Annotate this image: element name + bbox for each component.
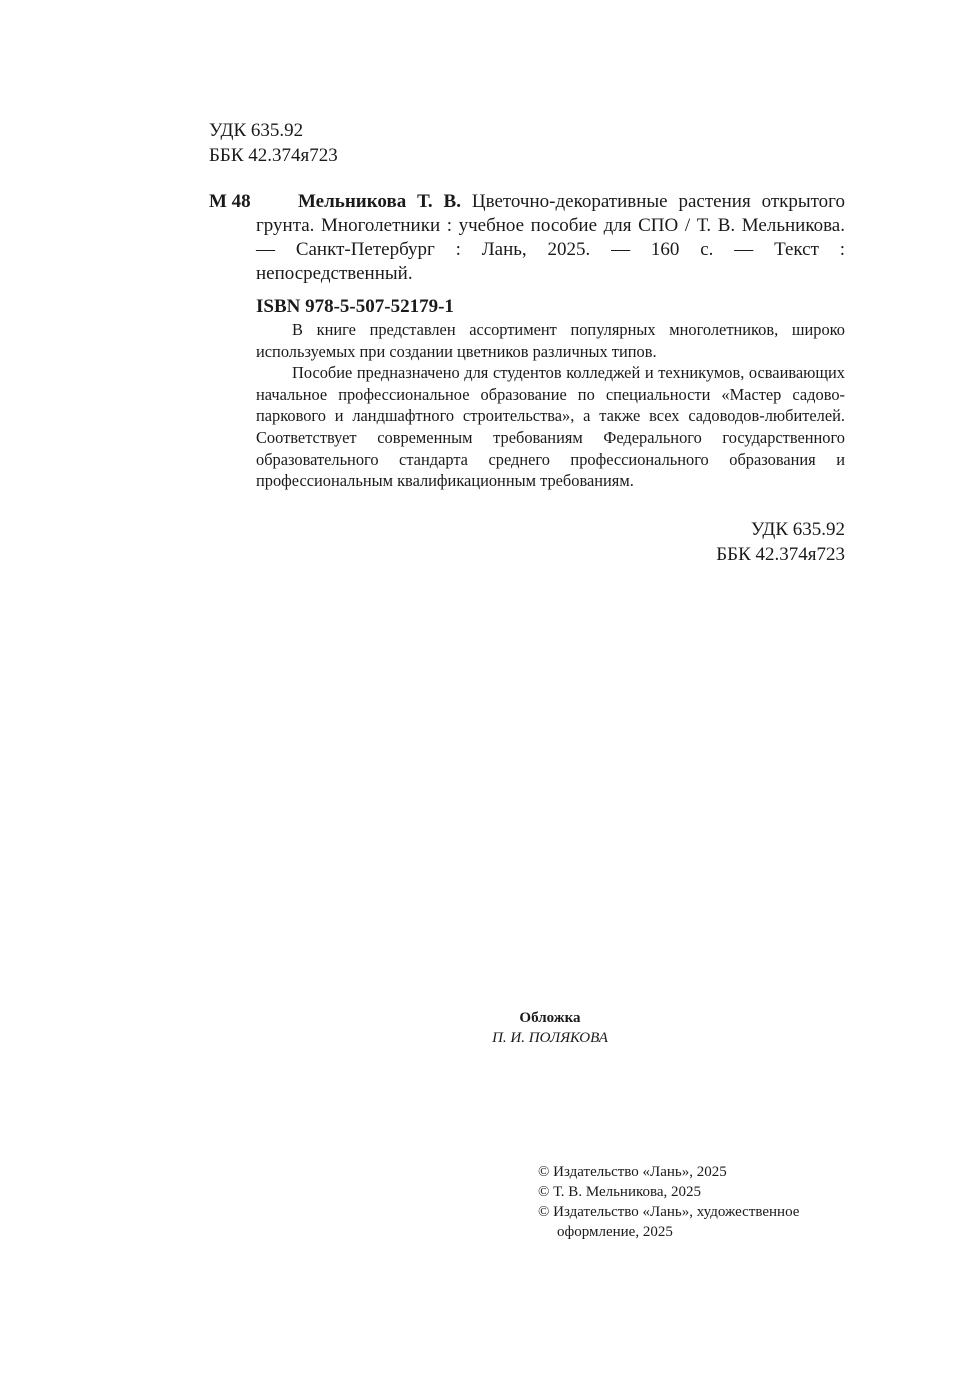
cover-credit: Обложка П. И. ПОЛЯКОВА (440, 1008, 660, 1048)
classification-bottom: УДК 635.92 ББК 42.374я723 (716, 517, 845, 567)
cover-label: Обложка (440, 1008, 660, 1028)
cover-designer: П. И. ПОЛЯКОВА (440, 1028, 660, 1048)
copyright-line: © Т. В. Мельникова, 2025 (538, 1182, 848, 1202)
bibliographic-entry: М 48 Мельникова Т. В. Цветочно-декоратив… (209, 190, 845, 286)
isbn: ISBN 978-5-507-52179-1 (256, 296, 454, 318)
author-name: Мельникова Т. В. (298, 191, 461, 212)
copyright-line: © Издательство «Лань», художественное оф… (538, 1202, 848, 1242)
udk-code: УДК 635.92 (209, 118, 338, 143)
annotation-paragraph: Пособие предназначено для студентов колл… (256, 362, 845, 492)
bbk-code: ББК 42.374я723 (716, 542, 845, 567)
annotation: В книге представлен ассортимент популярн… (256, 319, 845, 492)
udk-code: УДК 635.92 (716, 517, 845, 542)
bbk-code: ББК 42.374я723 (209, 143, 338, 168)
author-mark: М 48 (209, 190, 251, 214)
copyright-block: © Издательство «Лань», 2025 © Т. В. Мель… (538, 1162, 848, 1242)
annotation-paragraph: В книге представлен ассортимент популярн… (256, 319, 845, 362)
copyright-line: © Издательство «Лань», 2025 (538, 1162, 848, 1182)
bibliographic-description: Мельникова Т. В. Цветочно-декоративные р… (256, 190, 845, 286)
classification-top: УДК 635.92 ББК 42.374я723 (209, 118, 338, 168)
